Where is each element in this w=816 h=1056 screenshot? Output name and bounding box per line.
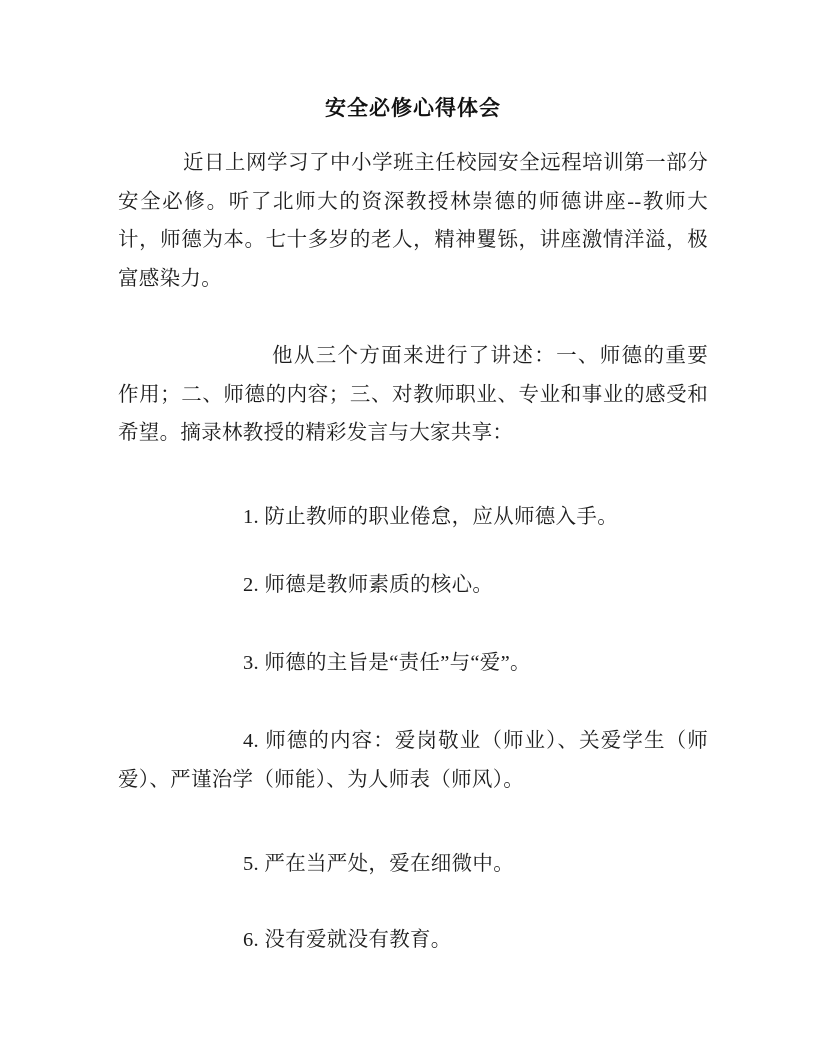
list-item-1: 1. 防止教师的职业倦怠，应从师德入手。	[118, 498, 708, 537]
document-title: 安全必修心得体会	[118, 94, 708, 122]
document-page: 安全必修心得体会 近日上网学习了中小学班主任校园安全远程培训第一部分安全必修。听…	[0, 0, 816, 1056]
paragraph-intro: 近日上网学习了中小学班主任校园安全远程培训第一部分安全必修。听了北师大的资深教授…	[118, 144, 708, 298]
paragraph-overview: 他从三个方面来进行了讲述：一、师德的重要作用；二、师德的内容；三、对教师职业、专…	[118, 337, 708, 453]
list-item-6: 6. 没有爱就没有教育。	[118, 921, 708, 960]
list-item-2: 2. 师德是教师素质的核心。	[118, 566, 708, 605]
list-item-3: 3. 师德的主旨是“责任”与“爱”。	[118, 644, 708, 683]
list-item-4: 4. 师德的内容：爱岗敬业（师业）、关爱学生（师爱）、严谨治学（师能）、为人师表…	[118, 722, 708, 799]
list-item-5: 5. 严在当严处，爱在细微中。	[118, 845, 708, 884]
